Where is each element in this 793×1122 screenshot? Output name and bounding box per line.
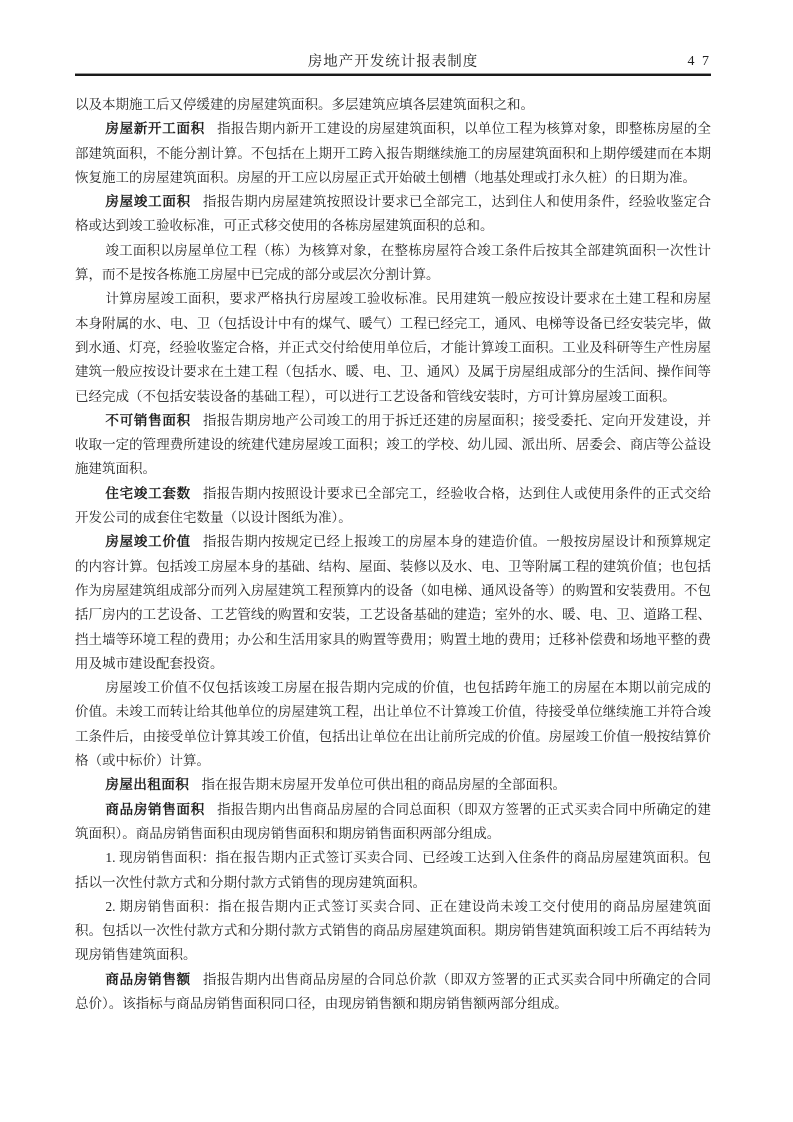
paragraph: 2. 期房销售面积：指在报告期内正式签订买卖合同、正在建设尚未竣工交付使用的商品… [75, 895, 711, 968]
term-label: 房屋竣工面积 [105, 194, 203, 209]
paragraph: 房屋新开工面积指报告期内新开工建设的房屋建筑面积，以单位工程为核算对象，即整栋房… [75, 117, 711, 190]
paragraph: 商品房销售额指报告期内出售商品房屋的合同总价款（即双方签署的正式买卖合同中所确定… [75, 968, 711, 1017]
paragraph-text: 指报告期内按规定已经上报竣工的房屋本身的建造价值。一般按房屋设计和预算规定的内容… [75, 534, 711, 670]
paragraph: 1. 现房销售面积：指在报告期内正式签订买卖合同、已经竣工达到入住条件的商品房屋… [75, 846, 711, 895]
term-label: 房屋竣工价值 [105, 534, 203, 549]
page-header: 房地产开发统计报表制度 4 7 [75, 52, 711, 72]
term-label: 住宅竣工套数 [105, 486, 203, 501]
paragraph-text: 房屋竣工价值不仅包括该竣工房屋在报告期内完成的价值，也包括跨年施工的房屋在本期以… [75, 680, 711, 768]
term-label: 房屋新开工面积 [105, 121, 217, 136]
paragraph: 住宅竣工套数指报告期内按照设计要求已全部完工，经验收合格，达到住人或使用条件的正… [75, 482, 711, 531]
paragraph-text: 计算房屋竣工面积，要求严格执行房屋竣工验收标准。民用建筑一般应按设计要求在土建工… [75, 291, 711, 403]
term-label: 商品房销售面积 [105, 802, 217, 817]
paragraph-text: 以及本期施工后又停缓建的房屋建筑面积。多层建筑应填各层建筑面积之和。 [75, 97, 534, 112]
term-label: 不可销售面积 [105, 413, 203, 428]
document-page: 房地产开发统计报表制度 4 7 以及本期施工后又停缓建的房屋建筑面积。多层建筑应… [0, 0, 793, 1122]
paragraph-text: 指在报告期末房屋开发单位可供出租的商品房屋的全部面积。 [202, 777, 567, 792]
paragraph: 计算房屋竣工面积，要求严格执行房屋竣工验收标准。民用建筑一般应按设计要求在土建工… [75, 287, 711, 408]
page-number: 4 7 [688, 52, 712, 72]
header-title: 房地产开发统计报表制度 [75, 52, 711, 72]
paragraph: 房屋竣工价值不仅包括该竣工房屋在报告期内完成的价值，也包括跨年施工的房屋在本期以… [75, 676, 711, 773]
paragraph: 不可销售面积指报告期房地产公司竣工的用于拆迁还建的房屋面积；接受委托、定向开发建… [75, 409, 711, 482]
term-label: 房屋出租面积 [105, 777, 201, 792]
paragraph: 商品房销售面积指报告期内出售商品房屋的合同总面积（即双方签署的正式买卖合同中所确… [75, 798, 711, 847]
paragraph: 竣工面积以房屋单位工程（栋）为核算对象，在整栋房屋符合竣工条件后按其全部建筑面积… [75, 239, 711, 288]
paragraph: 房屋竣工价值指报告期内按规定已经上报竣工的房屋本身的建造价值。一般按房屋设计和预… [75, 530, 711, 676]
header-rule [75, 74, 711, 76]
term-label: 商品房销售额 [105, 972, 203, 987]
paragraph-text: 1. 现房销售面积：指在报告期内正式签订买卖合同、已经竣工达到入住条件的商品房屋… [75, 850, 711, 889]
document-body: 以及本期施工后又停缓建的房屋建筑面积。多层建筑应填各层建筑面积之和。 房屋新开工… [75, 93, 711, 1016]
paragraph-text: 2. 期房销售面积：指在报告期内正式签订买卖合同、正在建设尚未竣工交付使用的商品… [75, 899, 711, 963]
paragraph-text: 竣工面积以房屋单位工程（栋）为核算对象，在整栋房屋符合竣工条件后按其全部建筑面积… [75, 243, 711, 282]
paragraph: 房屋竣工面积指报告期内房屋建筑按照设计要求已全部完工，达到住人和使用条件，经验收… [75, 190, 711, 239]
paragraph: 以及本期施工后又停缓建的房屋建筑面积。多层建筑应填各层建筑面积之和。 [75, 93, 711, 117]
paragraph: 房屋出租面积指在报告期末房屋开发单位可供出租的商品房屋的全部面积。 [75, 773, 711, 797]
